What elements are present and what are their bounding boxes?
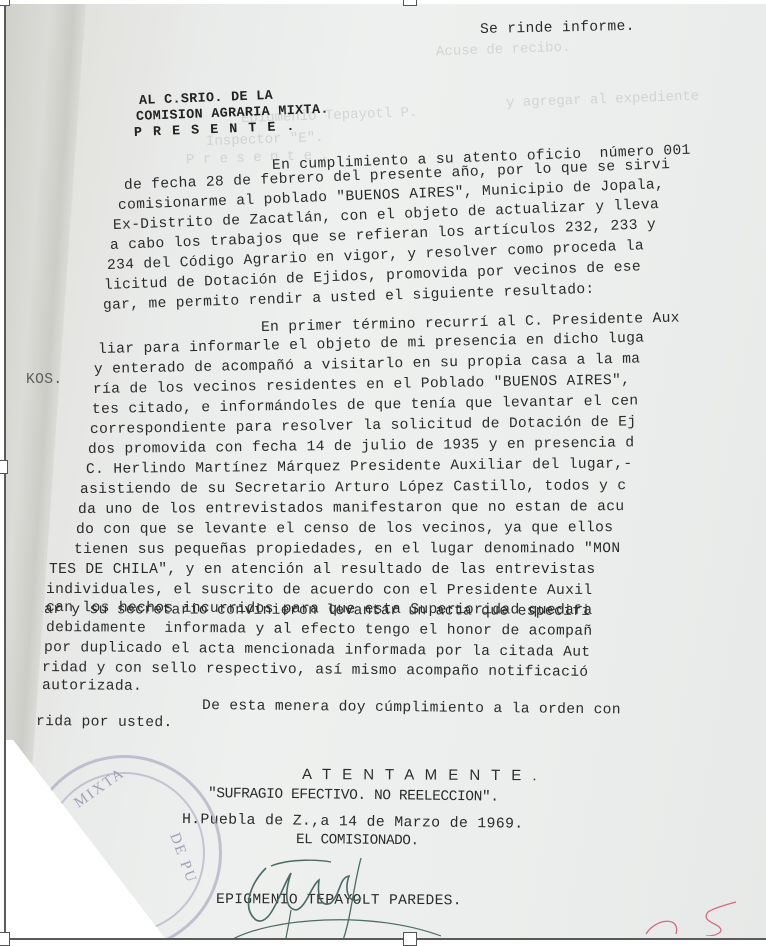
text-line: debidamente informada y al efecto tengo … [46, 620, 593, 640]
image-frame[interactable]: Acuse de recibo. y agregar al expediente… [4, 4, 766, 940]
text-line: da uno de los entrevistados manifestaron… [78, 499, 625, 518]
closing-salutation: A T E N T A M E N T E . [302, 766, 540, 784]
text-line: autorizada. [42, 678, 142, 695]
margin-note: KOS. [26, 372, 62, 388]
text-line: C. Herlindo Martínez Márquez Presidente … [86, 456, 633, 478]
text-line: do con que se levante el censo de los ve… [76, 520, 613, 538]
text-line: correspondiente para resolver la solicit… [90, 414, 637, 438]
text-line: asistiendo de su Secretario Arturo López… [80, 478, 627, 498]
resize-handle-bottom[interactable] [403, 932, 417, 946]
text-line: dos promovida con fecha 14 de julio de 1… [88, 435, 635, 458]
signature [211, 848, 441, 940]
text-line: por duplicado el acta mencionada informa… [44, 640, 591, 661]
text-line: ridad y con sello respectivo, así mismo … [42, 660, 589, 681]
resize-handle-left[interactable] [0, 460, 8, 474]
closing-role: EL COMISIONADO. [296, 832, 419, 849]
page-number-mark [626, 896, 746, 936]
text-line: tes citado, e informándoles de que tenía… [92, 393, 639, 418]
text-line: De esta menera doy cúmplimiento a la ord… [202, 698, 621, 718]
closing-motto: "SUFRAGIO EFECTIVO. NO REELECCION". [208, 786, 499, 806]
text-line: tienen sus pequeñas propiedades, en el l… [74, 541, 620, 558]
text-line: TES DE CHILA", y en atención al resultad… [49, 562, 595, 578]
text-line: rida por usted. [36, 714, 173, 731]
resize-handle-top-left[interactable] [0, 0, 10, 6]
resize-handle-bottom-left[interactable] [0, 932, 10, 946]
subject-line: Se rinde informe. [480, 19, 635, 38]
document-photo: Acuse de recibo. y agregar al expediente… [6, 4, 766, 940]
resize-handle-top[interactable] [403, 0, 417, 6]
closing-place-date: H.Puebla de Z.,a 14 de Marzo de 1969. [182, 812, 524, 833]
text-line: can los hechos incurridos para que esta … [46, 600, 593, 619]
text-line: individuales, el suscrito de acuerdo con… [46, 582, 592, 599]
